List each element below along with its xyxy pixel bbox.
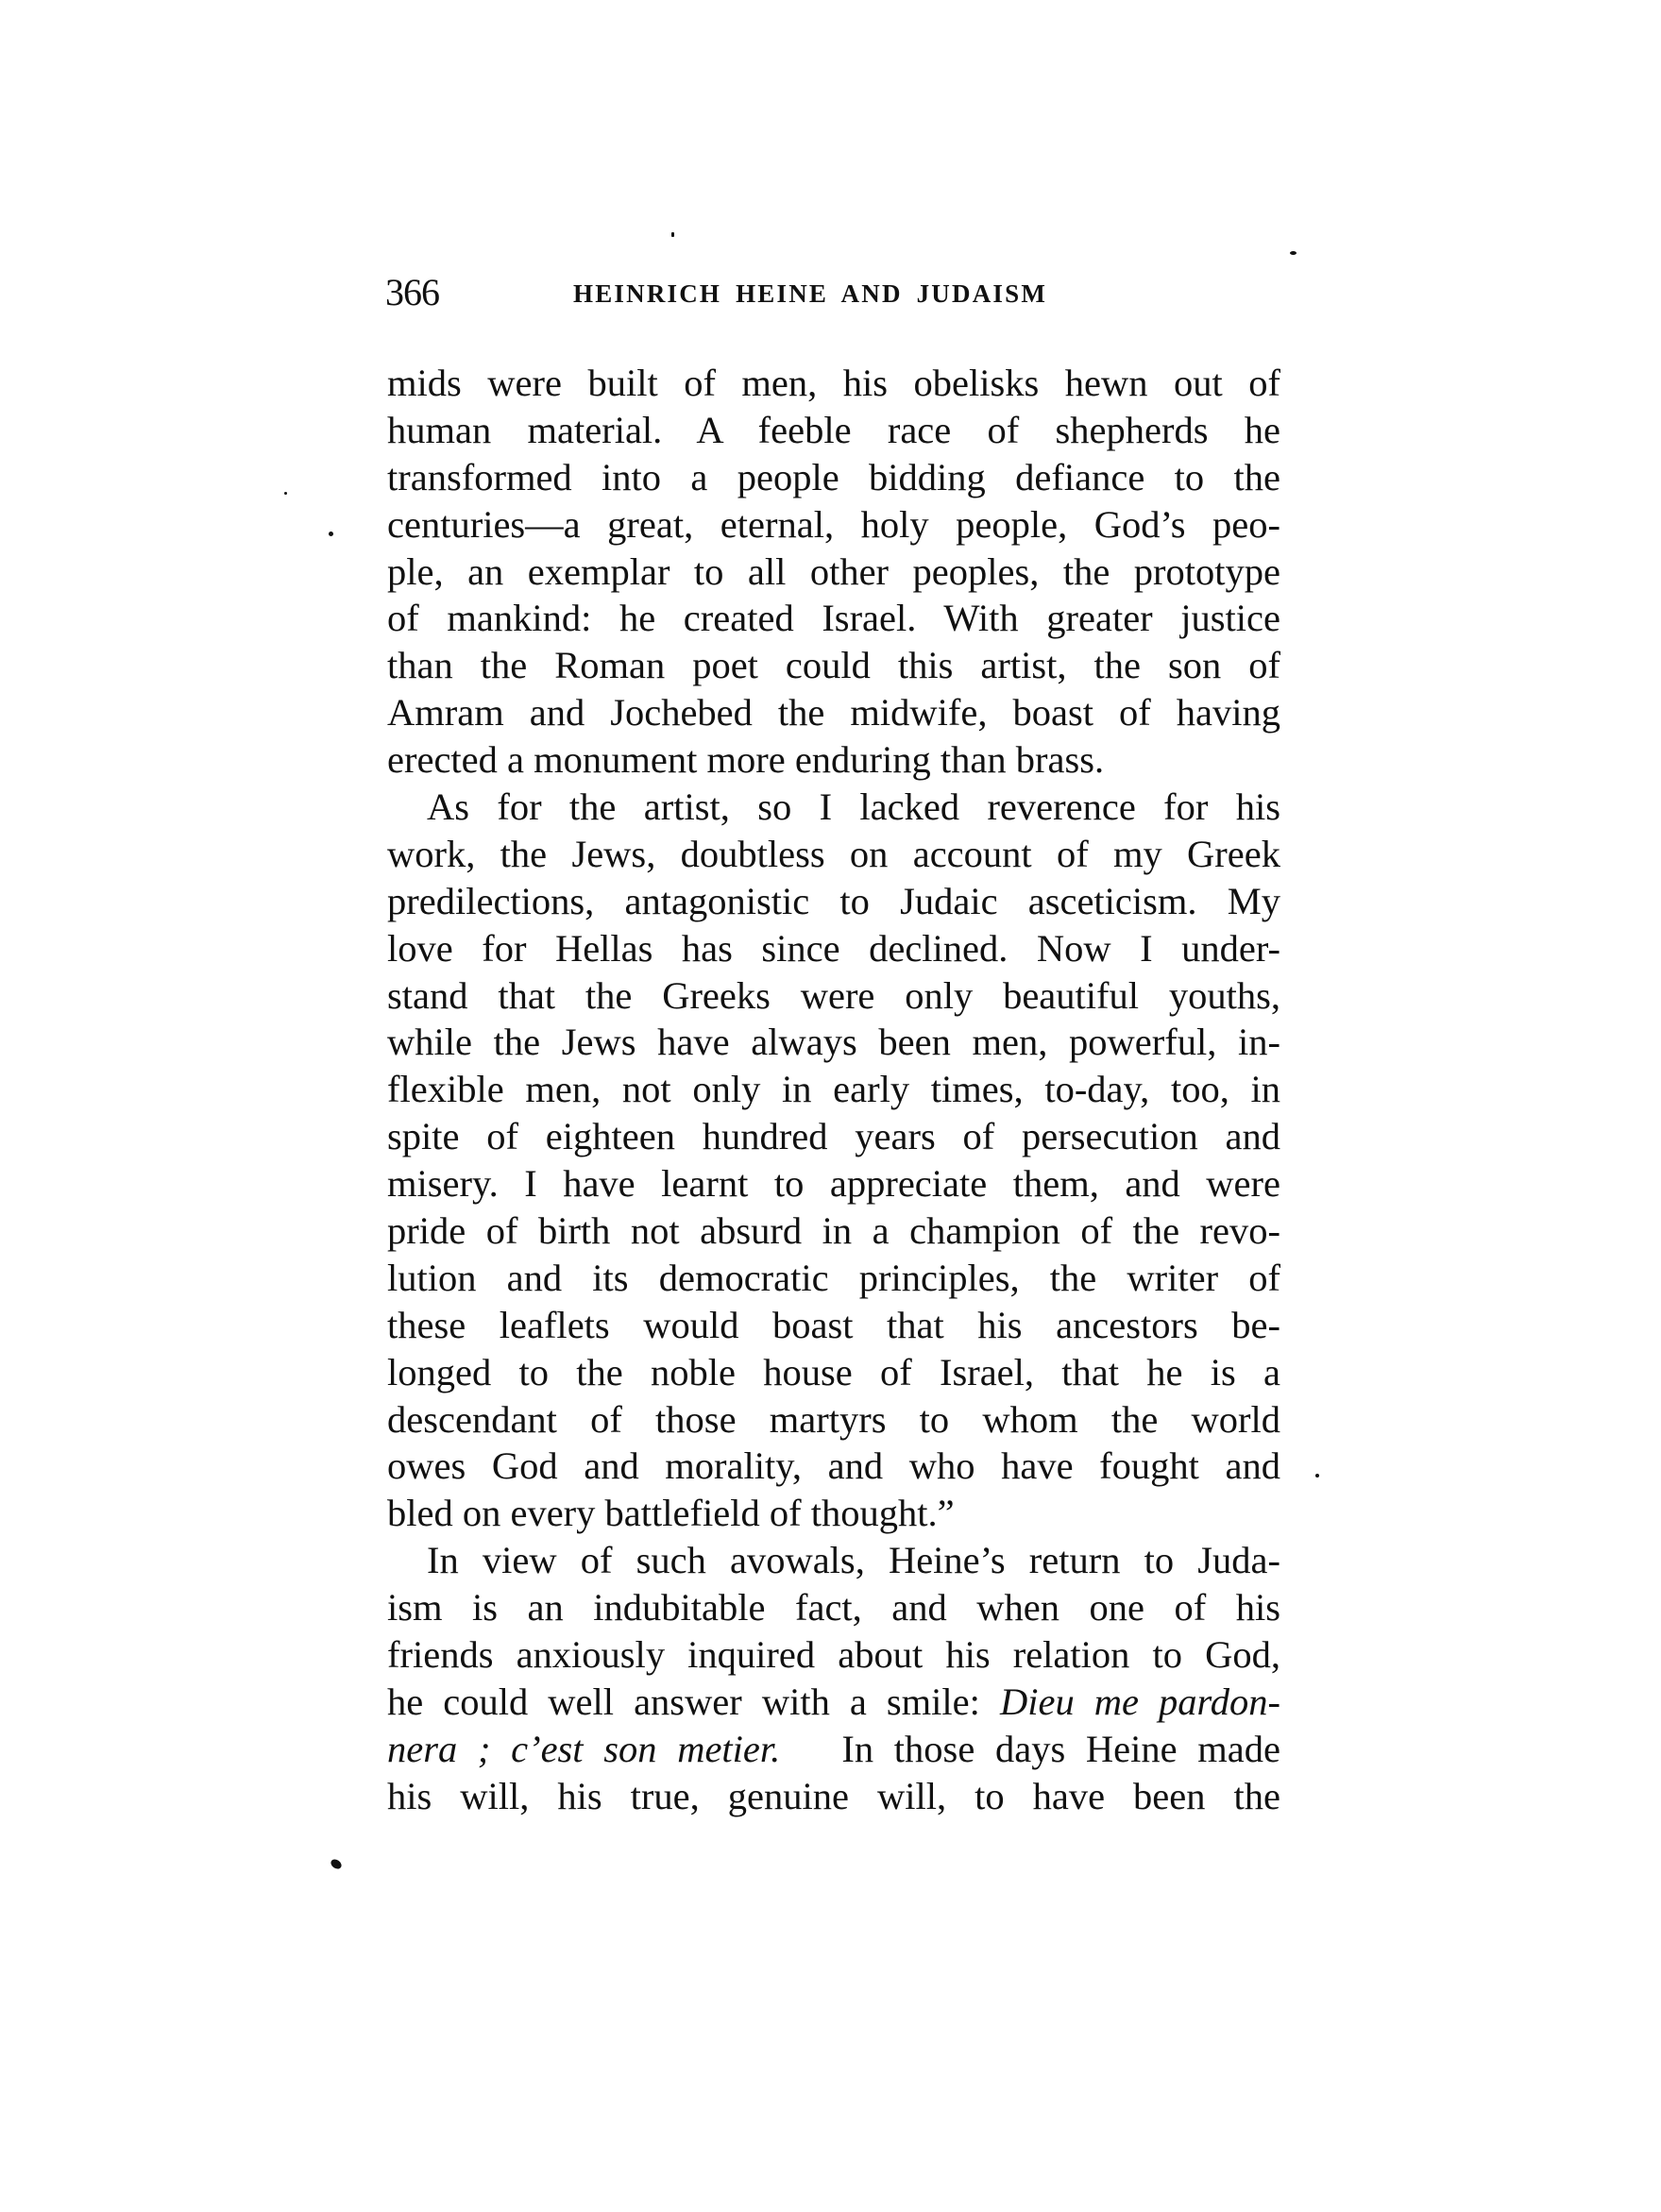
paragraph-start-line: In view of such avowals, Heine’s return … xyxy=(387,1537,1280,1584)
text-line: predilections, antagonistic to Judaic as… xyxy=(387,878,1280,925)
text-line-with-italic: nera ; c’est son metier. In those days H… xyxy=(387,1726,1280,1773)
paragraph-start-line: As for the artist, so I lacked reverence… xyxy=(387,784,1280,831)
text-line: work, the Jews, doubtless on account of … xyxy=(387,831,1280,878)
text-line: these leaflets would boast that his ance… xyxy=(387,1302,1280,1349)
page-number: 366 xyxy=(385,272,439,313)
text-line: longed to the noble house of Israel, tha… xyxy=(387,1349,1280,1396)
roman-text: he could well answer with a smile: xyxy=(387,1680,980,1723)
text-line: mids were built of men, his obelisks hew… xyxy=(387,360,1280,407)
roman-text: In those days Heine made xyxy=(841,1728,1280,1770)
running-title: HEINRICH HEINE AND JUDAISM xyxy=(573,278,1047,310)
text-line: friends anxiously inquired about his rel… xyxy=(387,1631,1280,1679)
italic-french-phrase: Dieu me pardon- xyxy=(1000,1680,1280,1723)
text-line: love for Hellas has since declined. Now … xyxy=(387,925,1280,972)
scan-speck-mark xyxy=(330,1857,344,1870)
scan-speck-mark xyxy=(284,492,287,495)
text-line: flexible men, not only in early times, t… xyxy=(387,1066,1280,1113)
text-line: spite of eighteen hundred years of perse… xyxy=(387,1113,1280,1160)
running-header: 366 HEINRICH HEINE AND JUDAISM xyxy=(385,272,1282,313)
text-line: than the Roman poet could this artist, t… xyxy=(387,642,1280,689)
text-line: misery. I have learnt to appreciate them… xyxy=(387,1160,1280,1207)
text-line: transformed into a people bidding defian… xyxy=(387,454,1280,501)
text-line: while the Jews have always been men, pow… xyxy=(387,1019,1280,1066)
text-line: pride of birth not absurd in a champion … xyxy=(387,1207,1280,1255)
paragraph-end-line: erected a monument more enduring than br… xyxy=(387,736,1280,784)
text-line: stand that the Greeks were only beautifu… xyxy=(387,972,1280,1020)
text-line: of mankind: he created Israel. With grea… xyxy=(387,595,1280,642)
text-line: owes God and morality, and who have foug… xyxy=(387,1443,1280,1490)
text-line: descendant of those martyrs to whom the … xyxy=(387,1396,1280,1444)
scan-speck-mark xyxy=(329,532,333,536)
text-line: human material. A feeble race of shepher… xyxy=(387,407,1280,454)
text-line: lution and its democratic principles, th… xyxy=(387,1255,1280,1302)
book-page: 366 HEINRICH HEINE AND JUDAISM mids were… xyxy=(0,0,1661,2212)
text-line: Amram and Jochebed the midwife, boast of… xyxy=(387,689,1280,736)
text-line: ple, an exemplar to all other peoples, t… xyxy=(387,549,1280,596)
scan-speck-mark xyxy=(1315,1474,1319,1477)
text-line: his will, his true, genuine will, to hav… xyxy=(387,1773,1280,1820)
text-line: ism is an indubitable fact, and when one… xyxy=(387,1584,1280,1631)
paragraph-end-line: bled on every battlefield of thought.” xyxy=(387,1490,1280,1537)
scan-speck-mark xyxy=(1290,251,1297,255)
text-line: centuries—a great, eternal, holy people,… xyxy=(387,501,1280,549)
italic-french-phrase: nera ; c’est son metier. xyxy=(387,1728,780,1770)
body-text: mids were built of men, his obelisks hew… xyxy=(387,360,1280,1820)
scan-speck-mark xyxy=(671,232,674,237)
text-line-with-italic: he could well answer with a smile: Dieu … xyxy=(387,1679,1280,1726)
